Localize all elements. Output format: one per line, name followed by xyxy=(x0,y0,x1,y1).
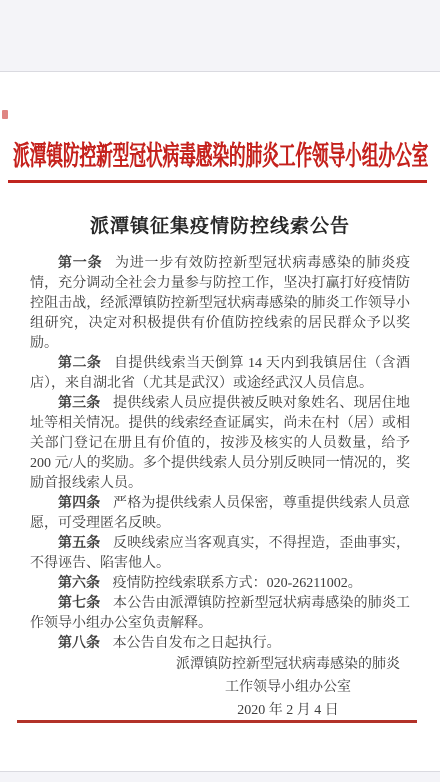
article-text-6: 疫情防控线索联系方式：020-26211002。 xyxy=(113,576,362,591)
notice-paragraph-8: 第八条本公告自发布之日起执行。 xyxy=(30,634,410,654)
top-margin-bar xyxy=(0,0,440,72)
notice-paragraph-6: 第六条疫情防控线索联系方式：020-26211002。 xyxy=(30,574,410,594)
signature-line-2: 工作领导小组办公室 xyxy=(138,676,438,699)
notice-paragraph-1: 第一条为进一步有效防控新型冠状病毒感染的肺炎疫情，充分调动全社会力量参与防控工作… xyxy=(30,254,410,354)
notice-paragraph-5: 第五条反映线索应当客观真实，不得捏造，歪曲事实，不得诬告、陷害他人。 xyxy=(30,534,410,574)
notice-body: 第一条为进一步有效防控新型冠状病毒感染的肺炎疫情，充分调动全社会力量参与防控工作… xyxy=(30,254,410,654)
scan-artifact-mark xyxy=(2,110,8,119)
notice-paragraph-2: 第二条自提供线索当天倒算 14 天内到我镇居住（含酒店），来自湖北省（尤其是武汉… xyxy=(30,354,410,394)
article-label-4: 第四条 xyxy=(58,496,100,511)
signature-date: 2020 年 2 月 4 日 xyxy=(138,699,438,722)
article-label-6: 第六条 xyxy=(58,576,100,591)
signature-block: 派潭镇防控新型冠状病毒感染的肺炎 工作领导小组办公室 2020 年 2 月 4 … xyxy=(138,653,438,722)
notice-document: 派潭镇防控新型冠状病毒感染的肺炎工作领导小组办公室 派潭镇征集疫情防控线索公告 … xyxy=(0,0,440,782)
signature-line-1: 派潭镇防控新型冠状病毒感染的肺炎 xyxy=(138,653,438,676)
letterhead-rule xyxy=(8,180,427,183)
article-text-8: 本公告自发布之日起执行。 xyxy=(113,636,281,651)
bottom-rule xyxy=(17,720,417,723)
notice-title: 派潭镇征集疫情防控线索公告 xyxy=(0,211,440,238)
notice-paragraph-7: 第七条本公告由派潭镇防控新型冠状病毒感染的肺炎工作领导小组办公室负责解释。 xyxy=(30,594,410,634)
article-label-7: 第七条 xyxy=(58,596,100,611)
letterhead-title: 派潭镇防控新型冠状病毒感染的肺炎工作领导小组办公室 xyxy=(13,141,271,172)
article-label-2: 第二条 xyxy=(58,356,101,371)
article-label-8: 第八条 xyxy=(58,636,100,651)
letterhead-banner: 派潭镇防控新型冠状病毒感染的肺炎工作领导小组办公室 xyxy=(13,141,433,172)
bottom-margin-bar xyxy=(0,771,440,782)
article-label-1: 第一条 xyxy=(58,256,102,271)
notice-paragraph-3: 第三条提供线索人员应提供被反映对象姓名、现居住地址等相关情况。提供的线索经查证属… xyxy=(30,394,410,494)
article-label-3: 第三条 xyxy=(58,396,100,411)
article-label-5: 第五条 xyxy=(58,536,100,551)
notice-paragraph-4: 第四条严格为提供线索人员保密，尊重提供线索人员意愿，可受理匿名反映。 xyxy=(30,494,410,534)
